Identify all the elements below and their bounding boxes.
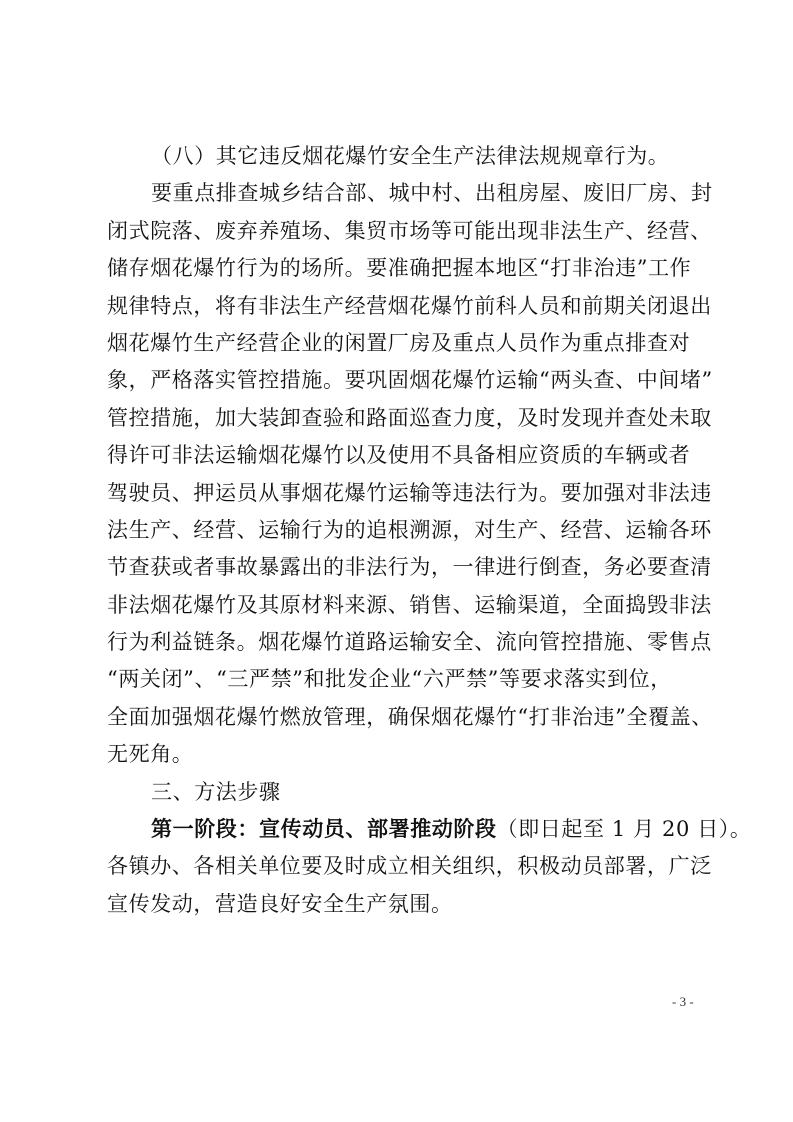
- paragraph-line: “两关闭”、“三严禁”和批发企业“六严禁”等要求落实到位，: [107, 661, 702, 698]
- paragraph-line: 各镇办、各相关单位要及时成立相关组织，积极动员部署，广泛: [107, 848, 702, 885]
- item-8-line: （八）其它违反烟花爆竹安全生产法律法规规章行为。: [107, 138, 702, 175]
- phase1-title: 第一阶段：宣传动员、部署推动阶段: [151, 817, 497, 841]
- paragraph-line: 无死角。: [107, 736, 702, 773]
- section-heading: 三、方法步骤: [107, 774, 702, 811]
- paragraph-line: 得许可非法运输烟花爆竹以及使用不具备相应资质的车辆或者: [107, 437, 702, 474]
- paragraph-inspection: 要重点排查城乡结合部、城中村、出租房屋、废旧厂房、封 闭式院落、废弃养殖场、集贸…: [107, 175, 702, 773]
- paragraph-line: 宣传发动，营造良好安全生产氛围。: [107, 886, 702, 923]
- document-page: （八）其它违反烟花爆竹安全生产法律法规规章行为。 要重点排查城乡结合部、城中村、…: [107, 138, 702, 923]
- paragraph-line: 节查获或者事故暴露出的非法行为，一律进行倒查，务必要查清: [107, 549, 702, 586]
- paragraph-line: 烟花爆竹生产经营企业的闲置厂房及重点人员作为重点排查对: [107, 325, 702, 362]
- paragraph-line: 象，严格落实管控措施。要巩固烟花爆竹运输“两头查、中间堵”: [107, 362, 702, 399]
- phase1-date: （即日起至 1 月 20 日）。: [497, 817, 752, 841]
- paragraph-line: 行为利益链条。烟花爆竹道路运输安全、流向管控措施、零售点: [107, 624, 702, 661]
- paragraph-line: 规律特点，将有非法生产经营烟花爆竹前科人员和前期关闭退出: [107, 288, 702, 325]
- paragraph-line: 管控措施，加大装卸查验和路面巡查力度，及时发现并查处未取: [107, 400, 702, 437]
- paragraph-line: 非法烟花爆竹及其原材料来源、销售、运输渠道，全面捣毁非法: [107, 587, 702, 624]
- phase1-first-line: 第一阶段：宣传动员、部署推动阶段（即日起至 1 月 20 日）。: [107, 811, 702, 848]
- paragraph-line: 法生产、经营、运输行为的追根溯源，对生产、经营、运输各环: [107, 512, 702, 549]
- page-number: - 3 -: [672, 994, 694, 1010]
- paragraph-line: 驾驶员、押运员从事烟花爆竹运输等违法行为。要加强对非法违: [107, 475, 702, 512]
- paragraph-line: 闭式院落、废弃养殖场、集贸市场等可能出现非法生产、经营、: [107, 213, 702, 250]
- paragraph-line: 储存烟花爆竹行为的场所。要准确把握本地区“打非治违”工作: [107, 250, 702, 287]
- paragraph-line: 要重点排查城乡结合部、城中村、出租房屋、废旧厂房、封: [107, 175, 702, 212]
- paragraph-line: 全面加强烟花爆竹燃放管理，确保烟花爆竹“打非治违”全覆盖、: [107, 699, 702, 736]
